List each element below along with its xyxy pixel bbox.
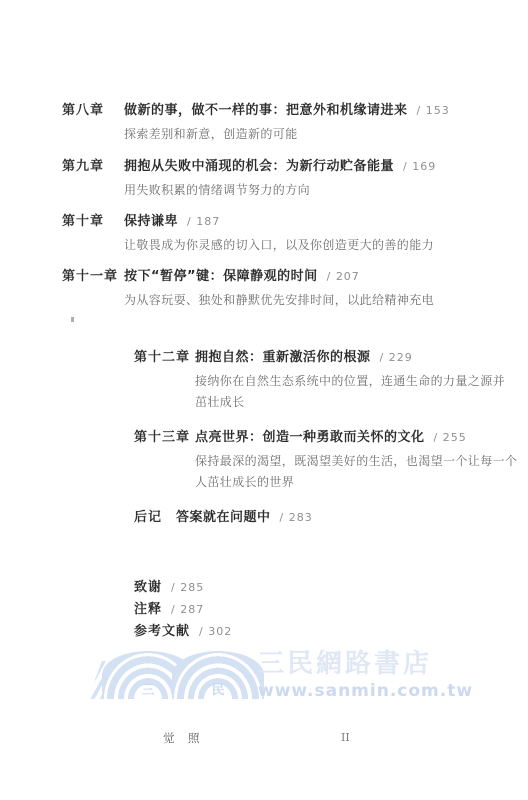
page-separator: / — [171, 603, 176, 616]
toc-entry-chapter-11: 第十一章 按下“暂停”键：保障静观的时间 / 207 为从容玩耍、独处和静默优先… — [62, 265, 434, 311]
page-value: 285 — [180, 581, 204, 594]
toc-backmatter-list: 致谢 / 285 注释 / 287 参考文献 / 302 — [134, 576, 232, 642]
page-separator: / — [417, 104, 422, 117]
chapter-title: 做新的事，做不一样的事：把意外和机缘请进来 — [124, 99, 408, 118]
chapter-subtitle: 让敬畏成为你灵感的切入口，以及你创造更大的善的能力 — [124, 235, 434, 256]
chapter-page-number: / 207 — [327, 270, 360, 283]
bookstore-watermark: 三 民 三民網路書店 www.sanmin.com.tw — [86, 643, 446, 701]
chapter-title: 保持谦卑 — [124, 210, 178, 229]
chapter-title: 点亮世界：创造一种勇敢而关怀的文化 — [195, 426, 425, 445]
afterword-label: 后记 — [134, 506, 162, 525]
chapter-number: 第十一章 — [62, 265, 124, 284]
footer-page-number: II — [341, 731, 350, 744]
backmatter-label: 致谢 — [134, 576, 162, 595]
chapter-subtitle: 探索差别和新意，创造新的可能 — [124, 124, 450, 145]
toc-entry-chapter-12: 第十二章 拥抱自然：重新激活你的根源 / 229 接纳你在自然生态系统中的位置，… — [134, 346, 505, 413]
page-separator: / — [199, 625, 204, 638]
toc-entry-notes: 注释 / 287 — [134, 598, 232, 612]
logo-arch-right-icon: 民 — [172, 651, 264, 699]
toc-entry-chapter-13: 第十三章 点亮世界：创造一种勇敢而关怀的文化 / 255 保持最深的渴望，既渴望… — [134, 426, 517, 493]
page-value: 255 — [443, 431, 467, 444]
backmatter-label: 注释 — [134, 598, 162, 617]
scan-artifact-mark — [71, 317, 74, 322]
chapter-subtitle: 用失败积累的情绪调节努力的方向 — [124, 180, 436, 201]
toc-entry-chapter-8: 第八章 做新的事，做不一样的事：把意外和机缘请进来 / 153 探索差别和新意，… — [62, 99, 450, 145]
page-separator: / — [187, 215, 192, 228]
backmatter-page-number: / 285 — [171, 581, 204, 594]
chapter-page-number: / 255 — [434, 431, 467, 444]
watermark-url: www.sanmin.com.tw — [258, 681, 473, 701]
chapter-title: 按下“暂停”键：保障静观的时间 — [124, 265, 318, 284]
afterword-page-number: / 283 — [280, 511, 313, 524]
page-separator: / — [171, 581, 176, 594]
page-separator: / — [434, 431, 439, 444]
page-value: 153 — [426, 104, 450, 117]
page-value: 207 — [336, 270, 360, 283]
book-toc-page: 第八章 做新的事，做不一样的事：把意外和机缘请进来 / 153 探索差别和新意，… — [0, 0, 528, 800]
page-separator: / — [327, 270, 332, 283]
sanmin-logo-icon: 三 民 — [86, 645, 264, 699]
page-value: 283 — [289, 511, 313, 524]
chapter-number: 第十二章 — [134, 346, 195, 365]
page-value: 229 — [389, 351, 413, 364]
toc-entry-references: 参考文献 / 302 — [134, 620, 232, 634]
page-separator: / — [280, 511, 285, 524]
page-value: 187 — [196, 215, 220, 228]
chapter-page-number: / 153 — [417, 104, 450, 117]
chapter-number: 第十三章 — [134, 426, 195, 445]
chapter-page-number: / 187 — [187, 215, 220, 228]
logo-char-left: 三 — [141, 679, 154, 698]
chapter-subtitle: 接纳你在自然生态系统中的位置，连通生命的力量之源并 茁壮成长 — [195, 371, 505, 413]
backmatter-label: 参考文献 — [134, 620, 190, 639]
chapter-title: 拥抱自然：重新激活你的根源 — [195, 346, 371, 365]
logo-char-right: 民 — [211, 679, 224, 698]
chapter-number: 第九章 — [62, 155, 124, 174]
page-separator: / — [403, 160, 408, 173]
chapter-subtitle: 为从容玩耍、独处和静默优先安排时间，以此给精神充电 — [124, 290, 434, 311]
page-separator: / — [380, 351, 385, 364]
chapter-page-number: / 229 — [380, 351, 413, 364]
backmatter-page-number: / 302 — [199, 625, 232, 638]
watermark-text-block: 三民網路書店 www.sanmin.com.tw — [258, 643, 473, 701]
toc-entry-acknowledgements: 致谢 / 285 — [134, 576, 232, 590]
afterword-title: 答案就在问题中 — [176, 506, 271, 525]
chapter-number: 第十章 — [62, 210, 124, 229]
toc-entry-chapter-9: 第九章 拥抱从失败中涌现的机会：为新行动贮备能量 / 169 用失败积累的情绪调… — [62, 155, 436, 201]
page-value: 302 — [208, 625, 232, 638]
chapter-subtitle: 保持最深的渴望，既渴望美好的生活，也渴望一个让每一个 人茁壮成长的世界 — [195, 451, 517, 493]
watermark-store-name: 三民網路書店 — [258, 643, 473, 680]
page-value: 169 — [412, 160, 436, 173]
toc-entry-afterword: 后记 答案就在问题中 / 283 — [134, 506, 313, 525]
footer-book-title: 觉 照 — [163, 730, 201, 746]
chapter-title: 拥抱从失败中涌现的机会：为新行动贮备能量 — [124, 155, 394, 174]
chapter-page-number: / 169 — [403, 160, 436, 173]
backmatter-page-number: / 287 — [171, 603, 204, 616]
page-value: 287 — [180, 603, 204, 616]
chapter-number: 第八章 — [62, 99, 124, 118]
toc-entry-chapter-10: 第十章 保持谦卑 / 187 让敬畏成为你灵感的切入口，以及你创造更大的善的能力 — [62, 210, 434, 256]
